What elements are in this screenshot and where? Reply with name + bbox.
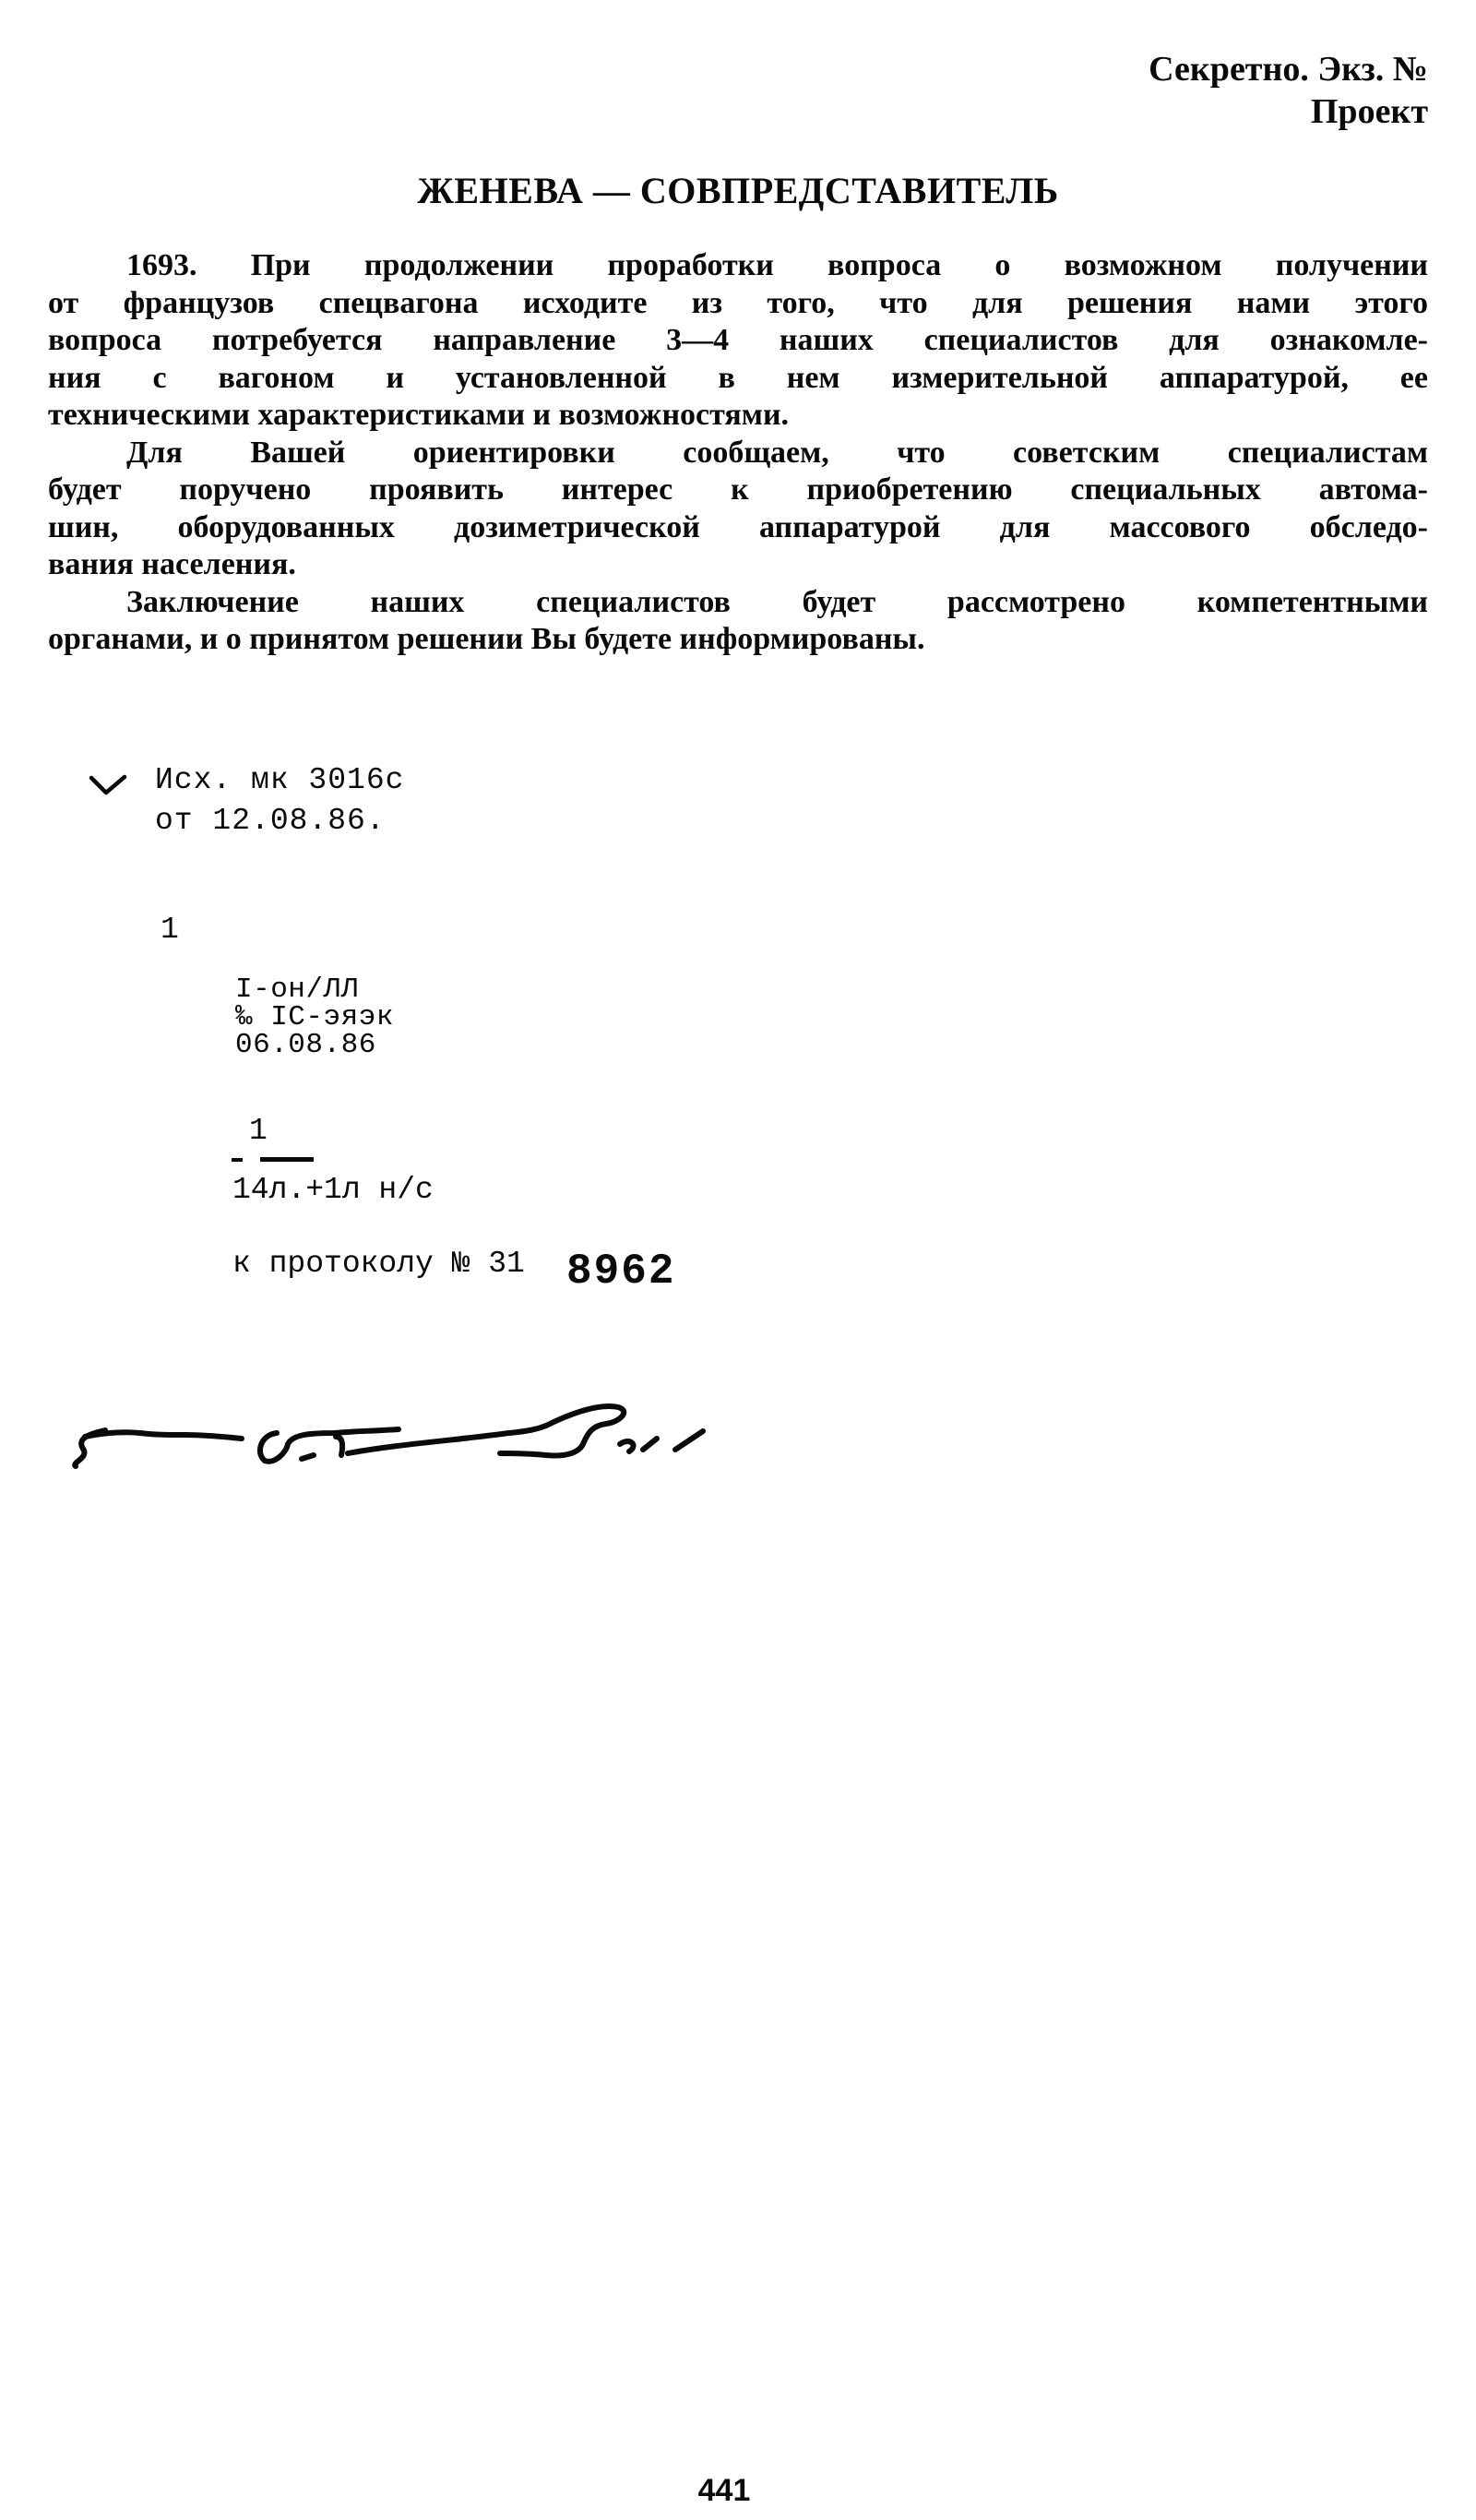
body-line: 1693. При продолжении проработки вопроса… xyxy=(48,247,1428,285)
signature-icon xyxy=(66,1379,768,1481)
body-line: вания населения. xyxy=(48,546,1428,584)
fraction-bar-short xyxy=(232,1158,243,1162)
body-line: ния с вагоном и установленной в нем изме… xyxy=(48,360,1428,398)
copy-count: 1 xyxy=(161,914,180,947)
checkmark-icon xyxy=(89,773,127,797)
body-line: будет поручено проявить интерес к приобр… xyxy=(48,472,1428,509)
stamp-number: 8962 xyxy=(566,1248,675,1296)
draft-status-label: Проект xyxy=(1149,90,1428,133)
body-line: шин, оборудованных дозиметрической аппар… xyxy=(48,509,1428,547)
body-line: органами, и о принятом решении Вы будете… xyxy=(48,621,1428,659)
outgoing-date: от 12.08.86. xyxy=(155,805,386,838)
document-title: ЖЕНЕВА — СОВПРЕДСТАВИТЕЛЬ xyxy=(0,168,1476,214)
department-line-2: ‰ IC-эяэк xyxy=(235,1004,394,1032)
document-header: Секретно. Экз. № Проект xyxy=(1149,48,1428,133)
classification-label: Секретно. Экз. № xyxy=(1149,48,1428,90)
department-date: 06.08.86 xyxy=(235,1032,376,1059)
fraction-bar xyxy=(260,1157,314,1162)
fraction-numerator: 1 xyxy=(249,1115,268,1148)
page-count: 14л.+1л н/с xyxy=(232,1174,434,1207)
body-line: Для Вашей ориентировки сообщаем, что сов… xyxy=(48,435,1428,472)
body-line: Заключение наших специалистов будет расс… xyxy=(48,584,1428,622)
outgoing-reference: Исх. мк 3016с xyxy=(155,764,404,797)
page-number: 441 xyxy=(0,2473,1448,2509)
protocol-reference: к протоколу № 31 xyxy=(232,1248,525,1281)
body-line: техническими характеристиками и возможно… xyxy=(48,397,1428,435)
body-line: от французов спецвагона исходите из того… xyxy=(48,285,1428,323)
document-body: 1693. При продолжении проработки вопроса… xyxy=(48,247,1428,659)
department-line-1: I-он/ЛЛ xyxy=(235,976,359,1004)
body-line: вопроса потребуется направление 3—4 наши… xyxy=(48,322,1428,360)
